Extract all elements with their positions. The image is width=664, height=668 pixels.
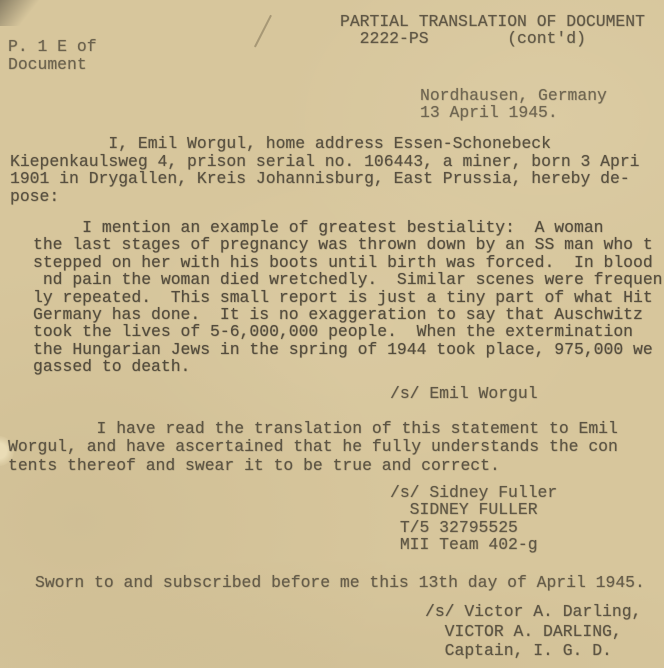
text-line: SIDNEY FULLER [390, 501, 557, 518]
document-header-title: PARTIAL TRANSLATION OF DOCUMENT 2222-PS … [340, 13, 645, 48]
text-line: the Hungarian Jews in the spring of 1944… [33, 341, 663, 358]
text-line: T/5 32795525 [390, 519, 557, 536]
text-line: Nordhausen, Germany [420, 87, 607, 104]
text-line: Worgul, and have ascertained that he ful… [8, 438, 618, 456]
text-line: MII Team 402-g [390, 536, 557, 553]
text-line: the last stages of pregnancy was thrown … [33, 236, 663, 253]
text-line: Document [8, 56, 97, 74]
text-line: Captain, I. G. D. [425, 641, 641, 661]
place-date-block: Nordhausen, Germany13 April 1945. [420, 87, 607, 122]
text-line: pose: [10, 188, 640, 206]
text-line: stepped on her with his boots until birt… [33, 254, 663, 271]
sworn-statement-line: Sworn to and subscribed before me this 1… [35, 574, 645, 591]
text-line: PARTIAL TRANSLATION OF DOCUMENT [340, 13, 645, 30]
pencil-slash-mark [254, 15, 272, 48]
text-line: Germany has done. It is no exaggeration … [33, 306, 663, 323]
text-line: VICTOR A. DARLING, [425, 622, 641, 642]
testimony-paragraph: I mention an example of greatest bestial… [33, 219, 663, 376]
text-line: 2222-PS (cont'd) [340, 30, 645, 47]
text-line: 1901 in Drygallen, Kreis Johannisburg, E… [10, 170, 640, 188]
deponent-signature: /s/ Emil Worgul [390, 385, 538, 402]
text-line: ly repeated. This small report is just a… [33, 289, 663, 306]
text-line: /s/ Sidney Fuller [390, 484, 557, 501]
deposition-intro-paragraph: I, Emil Worgul, home address Essen-Schon… [10, 135, 640, 206]
text-line: 13 April 1945. [420, 104, 607, 121]
text-line: took the lives of 5-6,000,000 people. Wh… [33, 323, 663, 340]
text-line: nd pain the woman died wretchedly. Simil… [33, 271, 663, 288]
text-line: /s/ Victor A. Darling, [425, 602, 641, 622]
text-line: gassed to death. [33, 358, 663, 375]
corner-shadow [0, 0, 44, 26]
officer-signature-block: /s/ Victor A. Darling, VICTOR A. DARLING… [425, 602, 641, 661]
text-line: Kiepenkaulsweg 4, prison serial no. 1064… [10, 153, 640, 171]
translator-certification-paragraph: I have read the translation of this stat… [8, 420, 618, 475]
document-page: PARTIAL TRANSLATION OF DOCUMENT 2222-PS … [0, 0, 664, 668]
text-line: I have read the translation of this stat… [8, 420, 618, 438]
text-line: tents thereof and swear it to be true an… [8, 457, 618, 475]
translator-signature-block: /s/ Sidney Fuller SIDNEY FULLER T/5 3279… [390, 484, 557, 553]
text-line: I mention an example of greatest bestial… [33, 219, 663, 236]
text-line: I, Emil Worgul, home address Essen-Schon… [10, 135, 640, 153]
text-line: P. 1 E of [8, 38, 97, 56]
page-reference: P. 1 E ofDocument [8, 38, 97, 74]
